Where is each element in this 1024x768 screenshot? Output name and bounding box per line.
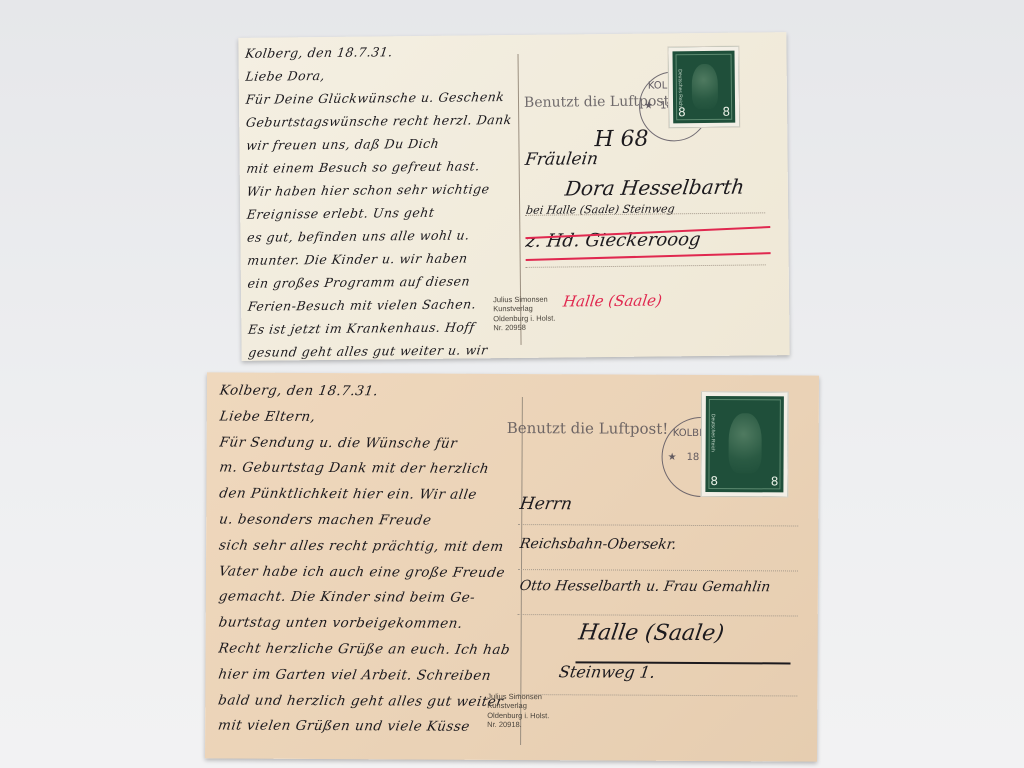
message-text: Kolberg, den 18.7.31. Liebe Dora, Für De… [244,45,517,361]
message-line: Recht herzliche Grüße an euch. Ich hab [216,642,520,669]
message-line: Für Sendung u. die Wünsche für [217,436,521,463]
message-line: Es ist jetzt im Krankenhaus. Hoff [246,321,519,347]
message-line: mit einem Besuch so gefreut hast. [244,160,517,186]
message-line: munter. Die Kinder u. wir haben [245,252,518,278]
message-line: Kolberg, den 18.7.31. [243,45,516,71]
publisher-imprint: Julius Simonsen Kunstverlag Oldenburg i.… [493,295,556,333]
portrait-icon [691,64,717,109]
message-line: Wir haben hier schon sehr wichtige [244,183,517,209]
postage-stamp: Deutsches Reich 8 8 [668,47,739,128]
message-line: Liebe Eltern, [217,410,521,437]
postcard-top: Kolberg, den 18.7.31. Liebe Dora, Für De… [238,32,789,361]
message-line: wir freuen uns, daß Du Dich [244,137,517,163]
message-line: Für Deine Glückwünsche u. Geschenk [244,91,517,117]
message-line: Geburtstagswünsche recht herzl. Dank [244,114,517,140]
message-line: gesund geht alles gut weiter u. wir [246,344,519,361]
message-line: Ereignisse erlebt. Uns geht [245,206,518,232]
message-line: hier im Garten viel Arbeit. Schreiben [216,668,520,695]
message-line: Vater habe ich auch eine große Freude [216,565,520,592]
postcard-bottom: Kolberg, den 18.7.31. Liebe Eltern, Für … [205,372,819,761]
message-line: den Pünktlichkeit hier ein. Wir alle [216,488,520,515]
message-line: sich sehr alles recht prächtig, mit dem [216,539,520,566]
message-line: ein großes Programm auf diesen [245,275,518,301]
forwarding-note: Halle (Saale) [562,291,663,310]
message-line: Kolberg, den 18.7.31. [217,384,521,411]
message-line: Liebe Dora, [243,68,516,94]
message-line: Ferien-Besuch mit vielen Sachen. [246,298,519,324]
message-line: m. Geburtstag Dank mit der herzlich [217,462,521,489]
airmail-slogan: Benutzt die Luftpost! [507,419,669,438]
portrait-icon [729,413,762,473]
message-line: u. besonders machen Freude [216,513,520,540]
message-line: mit vielen Grüßen und viele Küsse [215,720,519,747]
postage-stamp: Deutsches Reich 8 8 [701,392,788,496]
message-line: bald und herzlich geht alles gut weiter [215,694,519,721]
address-block: Fräulein Dora Hesselbarth bei Halle (Saa… [525,148,745,258]
message-line: burtstag unten vorbeigekommen. [216,617,520,644]
message-line: gemacht. Die Kinder sind beim Ge- [216,591,520,618]
message-line: es gut, befinden uns alle wohl u. [245,229,518,255]
message-text: Kolberg, den 18.7.31. Liebe Eltern, Für … [217,384,519,747]
